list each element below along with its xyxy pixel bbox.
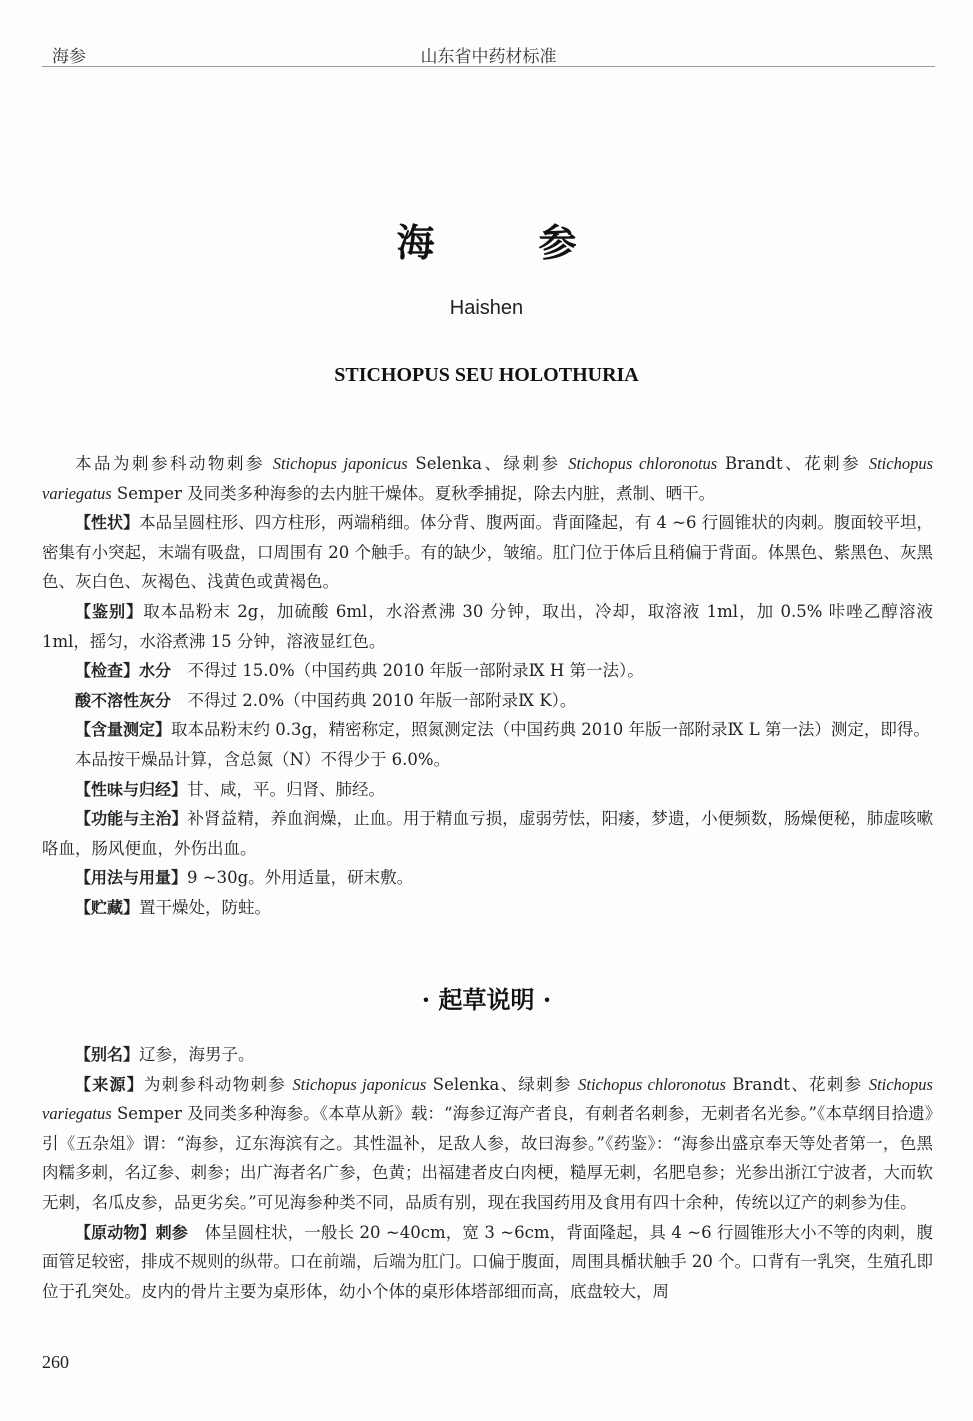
section-label: 【原动物】 xyxy=(75,1223,156,1242)
section-functions: 【功能与主治】补肾益精，养血润燥，止血。用于精血亏损，虚弱劳怯，阳痿，梦遗，小便… xyxy=(42,804,933,863)
section-label: 【来源】 xyxy=(75,1075,144,1094)
title-char-1: 海 xyxy=(396,212,434,267)
page-title: 海参 xyxy=(0,212,973,267)
section-label: 【性状】 xyxy=(75,513,139,532)
section-label: 【鉴别】 xyxy=(75,602,143,621)
section-nature-meridian: 【性味与归经】甘、咸，平。归肾、肺经。 xyxy=(42,775,933,805)
section-assay-limit: 本品按干燥品计算，含总氮（N）不得少于 6.0%。 xyxy=(42,745,933,775)
section-source: 【来源】为刺参科动物刺参 Stichopus japonicus Selenka… xyxy=(42,1070,933,1218)
section-description: 【性状】本品呈圆柱形、四方柱形，两端稍细。体分背、腹两面。背面隆起，有 4 ~6… xyxy=(42,508,933,597)
section-alias: 【别名】辽参，海男子。 xyxy=(42,1040,933,1070)
section-original-animal: 【原动物】刺参 体呈圆柱状，一般长 20 ~40cm，宽 3 ~6cm，背面隆起… xyxy=(42,1218,933,1307)
section-storage: 【贮藏】置干燥处，防蛀。 xyxy=(42,893,933,923)
section-label: 【检查】 xyxy=(75,661,139,680)
section-inspection-ash: 酸不溶性灰分 不得过 2.0%（中国药典 2010 年版一部附录Ⅸ K）。 xyxy=(42,686,933,716)
section-label: 【性味与归经】 xyxy=(75,780,187,799)
intro-paragraph: 本品为刺参科动物刺参 Stichopus japonicus Selenka、绿… xyxy=(42,449,933,508)
section-label: 【别名】 xyxy=(75,1045,139,1064)
section-label: 【用法与用量】 xyxy=(75,868,187,887)
pinyin-name: Haishen xyxy=(0,297,973,320)
section-identification: 【鉴别】取本品粉末 2g，加硫酸 6ml，水浴煮沸 30 分钟，取出，冷却，取溶… xyxy=(42,597,933,656)
page-number: 260 xyxy=(42,1352,69,1373)
section-inspection: 【检查】水分 不得过 15.0%（中国药典 2010 年版一部附录Ⅸ H 第一法… xyxy=(42,656,933,686)
running-header: 海参 山东省中药材标准 xyxy=(42,38,935,67)
section-label: 【含量测定】 xyxy=(75,720,171,739)
section-label: 【贮藏】 xyxy=(75,898,139,917)
section-assay: 【含量测定】取本品粉末约 0.3g，精密称定，照氮测定法（中国药典 2010 年… xyxy=(42,715,933,745)
drafting-notes-heading: · 起草说明 · xyxy=(0,980,973,1015)
latin-name: STICHOPUS SEU HOLOTHURIA xyxy=(0,364,973,387)
header-book-title: 山东省中药材标准 xyxy=(42,42,935,67)
title-char-2: 参 xyxy=(539,212,577,267)
section-label: 【功能与主治】 xyxy=(75,809,187,828)
section-dosage: 【用法与用量】9 ~30g。外用适量，研末敷。 xyxy=(42,863,933,893)
monograph-body: 本品为刺参科动物刺参 Stichopus japonicus Selenka、绿… xyxy=(42,449,933,923)
drafting-notes-body: 【别名】辽参，海男子。 【来源】为刺参科动物刺参 Stichopus japon… xyxy=(42,1040,933,1306)
